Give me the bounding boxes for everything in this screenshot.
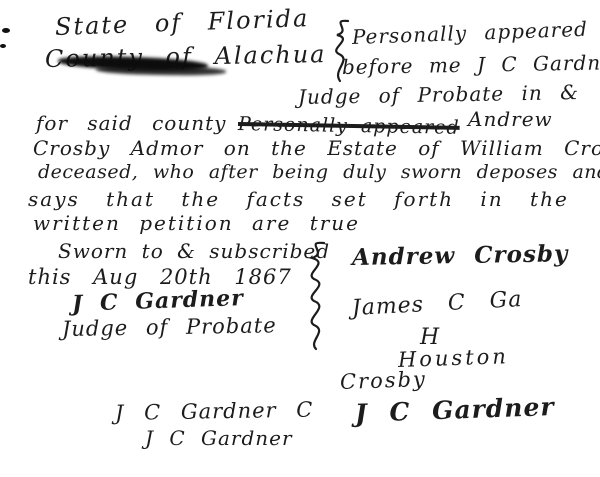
appearance-line-1: Personally appeared bbox=[352, 18, 589, 48]
body-line-5: written petition are true bbox=[33, 212, 360, 234]
body-line-1-end: Andrew bbox=[468, 108, 553, 130]
brace-icon bbox=[298, 241, 332, 357]
body-line-2: Crosby Admor on the Estate of William Cr… bbox=[33, 137, 600, 159]
appearance-line-3: Judge of Probate in & bbox=[298, 81, 579, 108]
affiant-signature: Andrew Crosby bbox=[352, 241, 569, 270]
scan-speck bbox=[0, 44, 6, 48]
judge-signature: J C Gardner bbox=[72, 286, 245, 316]
header-state-line: State of Florida bbox=[55, 5, 310, 40]
appearance-line-2: before me J C Gardner bbox=[342, 51, 600, 78]
scan-speck bbox=[2, 28, 10, 33]
jurat-line-1: Sworn to & subscribed bbox=[58, 240, 330, 262]
pen-trial-signature: J C Gardner bbox=[355, 393, 555, 427]
pen-trial: J C Gardner bbox=[145, 427, 293, 449]
body-line-3: deceased, who after being duly sworn dep… bbox=[38, 162, 600, 183]
document-page: State of Florida County of Alachua Perso… bbox=[0, 0, 600, 477]
pen-trial: James C Ga bbox=[351, 288, 523, 321]
pen-trial: Crosby bbox=[340, 368, 428, 394]
judge-title: Judge of Probate bbox=[62, 314, 277, 341]
pen-trial: J C Gardner C bbox=[115, 399, 314, 426]
body-line-4: says that the facts set forth in the bbox=[28, 188, 569, 210]
jurat-line-2: this Aug 20th 1867 bbox=[28, 266, 292, 289]
body-line-1-start: for said county bbox=[36, 112, 226, 134]
